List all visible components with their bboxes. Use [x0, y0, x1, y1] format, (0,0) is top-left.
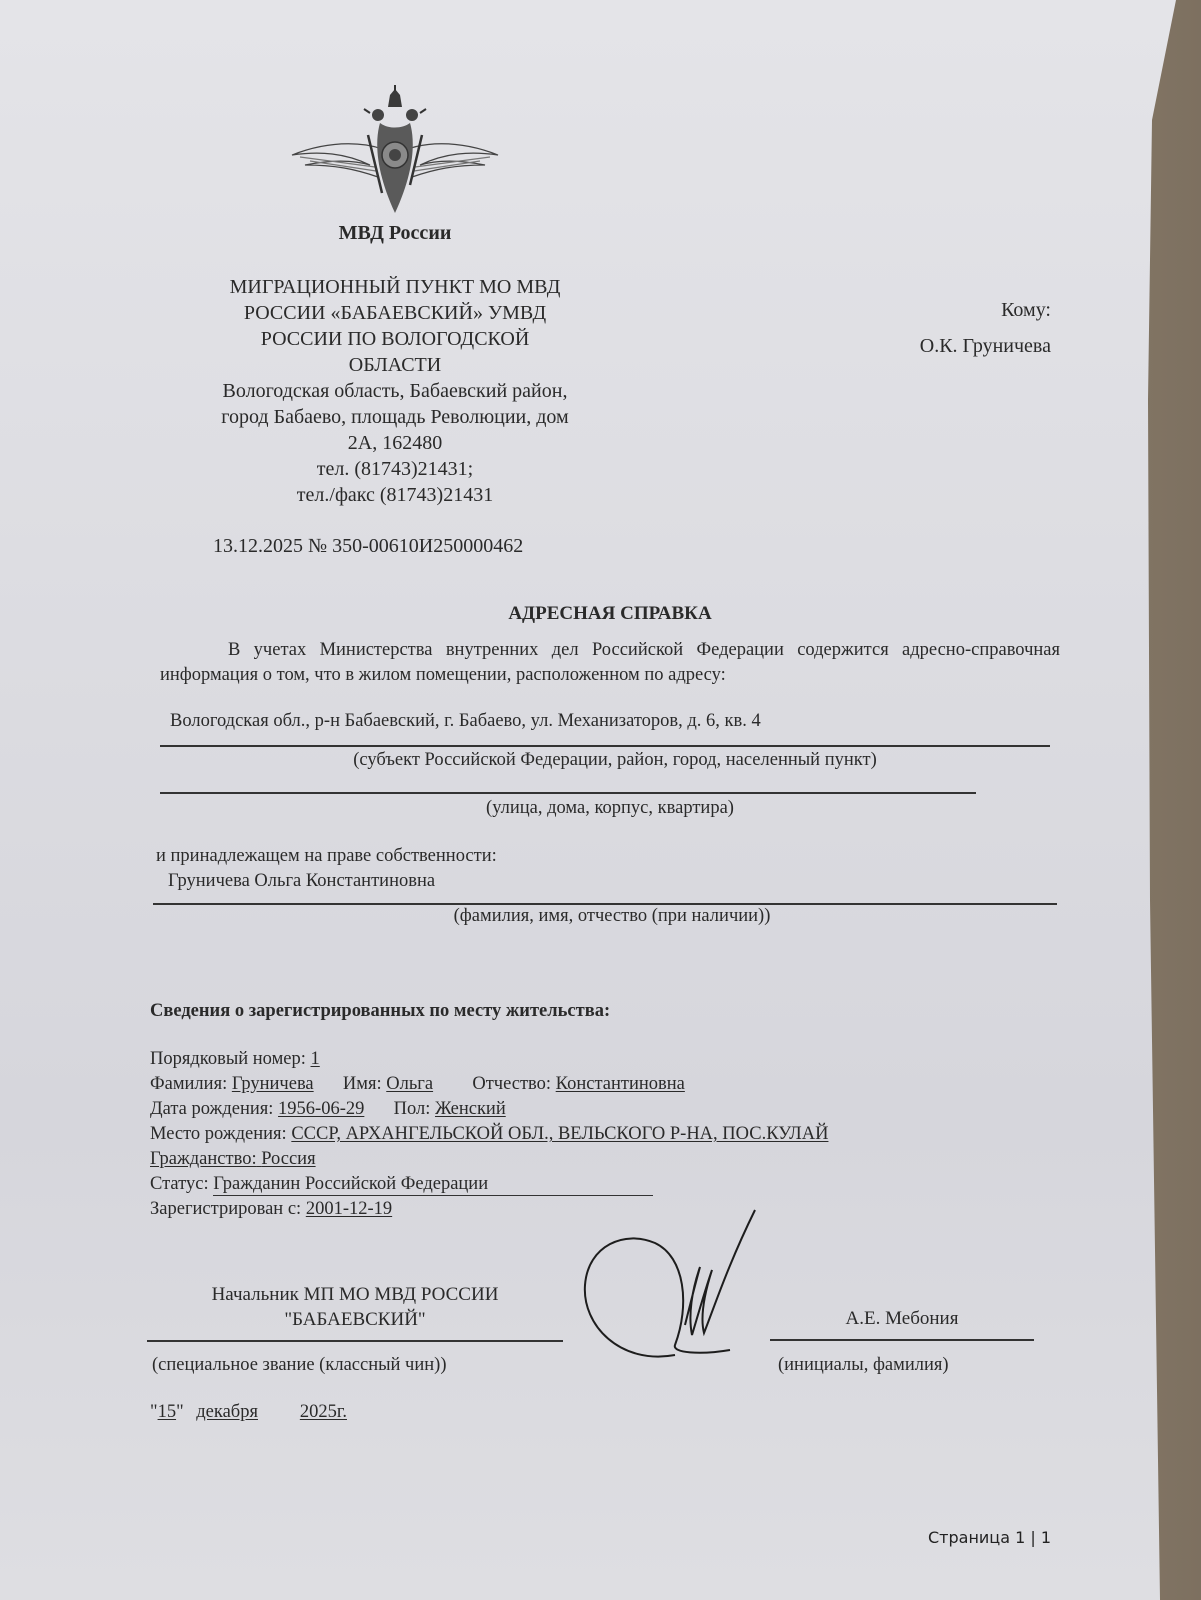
address-rule-2	[160, 792, 976, 794]
registered-since-value: 2001-12-19	[306, 1199, 392, 1219]
status-label: Статус:	[150, 1174, 209, 1194]
fax-line: тел./факс (81743)21431	[185, 482, 605, 508]
org-line: ОБЛАСТИ	[185, 352, 605, 378]
index-value: 1	[311, 1049, 320, 1069]
number-sign: №	[308, 535, 327, 557]
position-caption: (специальное звание (классный чин))	[152, 1355, 446, 1376]
org-line: РОССИИ «БАБАЕВСКИЙ» УМВД	[185, 300, 605, 326]
document-date: 13.12.2025	[213, 535, 303, 557]
organization-address: Вологодская область, Бабаевский район, г…	[185, 378, 605, 508]
dob-label: Дата рождения:	[150, 1099, 273, 1119]
birthplace-row: Место рождения: СССР, АРХАНГЕЛЬСКОЙ ОБЛ.…	[150, 1122, 828, 1147]
page-number: Страница 1 | 1	[928, 1528, 1051, 1547]
patronymic-label: Отчество:	[472, 1074, 551, 1094]
signatory-caption: (инициалы, фамилия)	[778, 1355, 949, 1376]
org-line: МИГРАЦИОННЫЙ ПУНКТ МО МВД	[185, 274, 605, 300]
date-month: декабря	[188, 1402, 286, 1422]
org-line: РОССИИ ПО ВОЛОГОДСКОЙ	[185, 326, 605, 352]
surname-value: Груничева	[232, 1074, 314, 1094]
position-line: "БАБАЕВСКИЙ"	[147, 1307, 563, 1332]
name-label: Имя:	[343, 1074, 382, 1094]
phone-line: тел. (81743)21431;	[185, 456, 605, 482]
name-value: Ольга	[386, 1074, 433, 1094]
sex-label: Пол:	[394, 1099, 431, 1119]
index-row: Порядковый номер: 1	[150, 1047, 828, 1072]
dob-row: Дата рождения: 1956-06-29 Пол: Женский	[150, 1097, 828, 1122]
document-number: 350-00610И250000462	[332, 535, 523, 557]
signatory-name: А.Е. Мебония	[770, 1308, 1034, 1330]
owner-name-value: Груничева Ольга Константиновна	[168, 871, 435, 892]
address-line: 2А, 162480	[185, 430, 605, 456]
handwritten-signature-icon	[580, 1205, 770, 1375]
citizenship-label: Гражданство:	[150, 1149, 257, 1169]
owner-rule	[153, 903, 1057, 905]
birthplace-value: СССР, АРХАНГЕЛЬСКОЙ ОБЛ., ВЕЛЬСКОГО Р-НА…	[291, 1124, 828, 1144]
recipient-block: Кому: О.К. Груничева	[920, 292, 1051, 364]
intro-text: В учетах Министерства внутренних дел Рос…	[160, 640, 1060, 685]
property-address-value: Вологодская обл., р-н Бабаевский, г. Баб…	[170, 711, 761, 732]
registered-since-label: Зарегистрирован с:	[150, 1199, 301, 1219]
citizenship-value: Россия	[261, 1149, 315, 1169]
ministry-name: МВД России	[280, 222, 510, 245]
fio-row: Фамилия: Груничева Имя: Ольга Отчество: …	[150, 1072, 828, 1097]
signatory-position: Начальник МП МО МВД РОССИИ "БАБАЕВСКИЙ"	[147, 1282, 563, 1332]
date-year: 2025г.	[300, 1402, 347, 1422]
address-line: Вологодская область, Бабаевский район,	[185, 378, 605, 404]
address-line: город Бабаево, площадь Революции, дом	[185, 404, 605, 430]
birthplace-label: Место рождения:	[150, 1124, 287, 1144]
document-reference: 13.12.2025 № 350-00610И250000462	[213, 535, 523, 558]
surname-label: Фамилия:	[150, 1074, 227, 1094]
organization-name: МИГРАЦИОННЫЙ ПУНКТ МО МВД РОССИИ «БАБАЕВ…	[185, 274, 605, 378]
address-rule-1	[160, 745, 1050, 747]
registered-heading: Сведения о зарегистрированных по месту ж…	[150, 999, 610, 1024]
recipient-name: О.К. Груничева	[920, 328, 1051, 364]
index-label: Порядковый номер:	[150, 1049, 306, 1069]
sex-value: Женский	[435, 1099, 506, 1119]
status-row: Статус: Гражданин Российской Федерации	[150, 1172, 828, 1197]
position-rule	[147, 1340, 563, 1342]
intro-paragraph: В учетах Министерства внутренних дел Рос…	[160, 638, 1060, 688]
address-caption-1: (субъект Российской Федерации, район, го…	[160, 750, 1070, 771]
position-line: Начальник МП МО МВД РОССИИ	[147, 1282, 563, 1307]
status-value: Гражданин Российской Федерации	[213, 1174, 653, 1196]
date-day: 15	[158, 1402, 177, 1422]
dob-value: 1956-06-29	[278, 1099, 364, 1119]
owner-caption: (фамилия, имя, отчество (при наличии))	[160, 906, 1064, 927]
signature-date: "15" декабря 2025г.	[150, 1402, 347, 1423]
address-caption-2: (улица, дома, корпус, квартира)	[160, 798, 1060, 819]
citizenship-row: Гражданство: Россия	[150, 1147, 828, 1172]
recipient-label: Кому:	[920, 292, 1051, 328]
document-title: АДРЕСНАЯ СПРАВКА	[160, 603, 1060, 625]
mvd-emblem-icon	[290, 85, 500, 220]
ownership-label: и принадлежащем на праве собственности:	[156, 846, 497, 867]
patronymic-value: Константиновна	[556, 1074, 685, 1094]
signatory-rule	[770, 1339, 1034, 1341]
registered-person: Порядковый номер: 1 Фамилия: Груничева И…	[150, 1047, 828, 1222]
